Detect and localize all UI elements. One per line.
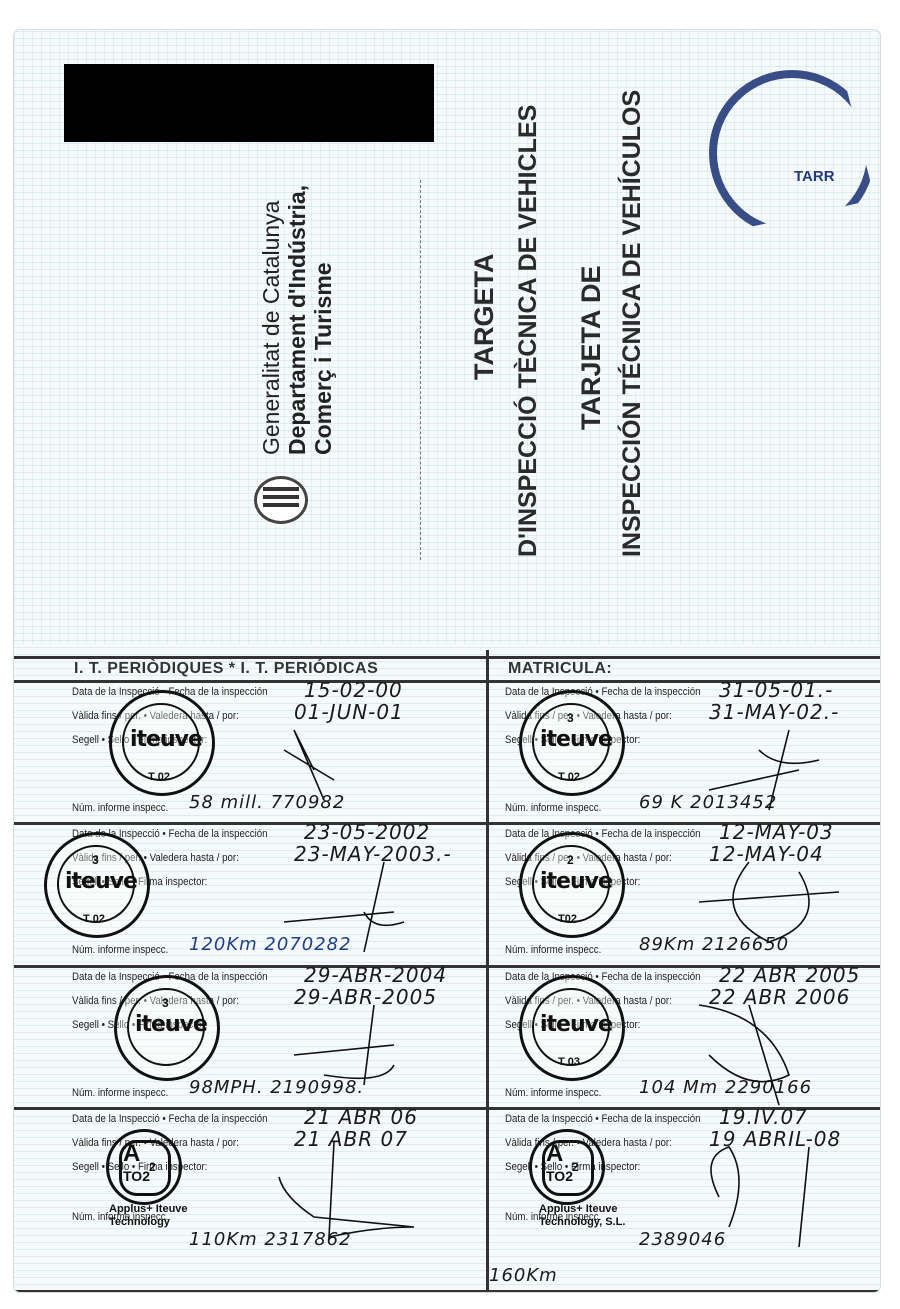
inspector-signature [274, 710, 434, 820]
iteuve-seal-stamp: iteuveT 03 [519, 975, 625, 1081]
seal-logo: iteuve [540, 1012, 612, 1037]
seal-code: TO2 [123, 1168, 150, 1184]
inspection-cell: Data de la Inspecció • Fecha de la inspe… [489, 965, 880, 1107]
title-es-line2: INSPECCIÓN TÉCNICA DE VEHÍCULOS [618, 90, 647, 557]
seal-number: 2 [567, 853, 574, 867]
inspector-signature [689, 995, 849, 1105]
seal-number: 3 [162, 996, 169, 1010]
handwritten-date: 23-05-2002 [304, 820, 430, 844]
iteuve-seal-stamp: 3iteuveT 02 [44, 832, 150, 938]
generalitat-emblem-icon [254, 476, 308, 524]
seal-logo: iteuve [130, 727, 202, 752]
handwritten-date: 31-05-01.- [719, 678, 833, 702]
inspection-cell: Data de la Inspecció • Fecha de la inspe… [14, 680, 486, 822]
title-ca-line1: TARGETA [469, 254, 500, 380]
seal-letter: A [123, 1140, 140, 1168]
applus-seal-stamp: A2TO2 [106, 1129, 182, 1205]
grid-line [14, 656, 880, 659]
label-report: Núm. informe inspecc. [72, 944, 168, 956]
handwritten-date: 15-02-00 [304, 678, 403, 702]
label-date: Data de la Inspecció • Fecha de la inspe… [72, 1113, 267, 1125]
redacted-block [64, 64, 434, 142]
issuer-line2: Departament d'Indústria, [284, 185, 311, 455]
label-report: Núm. informe inspecc. [72, 1087, 168, 1099]
inspection-cell: Data de la Inspecció • Fecha de la inspe… [14, 965, 486, 1107]
title-es-line1: TARJETA DE [576, 265, 607, 430]
inspector-signature [689, 1137, 849, 1247]
label-date: Data de la Inspecció • Fecha de la inspe… [505, 971, 700, 983]
inspector-signature [689, 710, 849, 820]
inspection-card: Generalitat de Catalunya Departament d'I… [14, 30, 880, 1292]
seal-logo: iteuve [65, 869, 137, 894]
handwritten-date: 29-ABR-2004 [304, 963, 447, 987]
label-report: Núm. informe inspecc. [505, 1087, 601, 1099]
seal-logo: iteuve [540, 869, 612, 894]
iteuve-seal-stamp: 3iteuveT 02 [519, 690, 625, 796]
periodic-title: I. T. PERIÒDIQUES * I. T. PERIÓDICAS [74, 660, 378, 678]
seal-company: Applus+ Iteuve [539, 1203, 618, 1215]
seal-code: T02 [558, 913, 577, 925]
handwritten-date: 21 ABR 06 [304, 1105, 418, 1129]
label-report: Núm. informe inspecc. [72, 802, 168, 814]
inspection-cell: Data de la Inspecció • Fecha de la inspe… [489, 1107, 880, 1290]
seal-number: 2 [572, 1160, 579, 1174]
iteuve-seal-stamp: 3iteuve [114, 975, 220, 1081]
iteuve-seal-stamp: iteuveT 02 [109, 690, 215, 796]
issuer-line3: Comerç i Turisme [310, 262, 337, 455]
seal-number: 3 [567, 711, 574, 725]
inspector-signature [274, 1137, 434, 1247]
plate-title: MATRICULA: [508, 660, 612, 678]
inspector-signature [689, 852, 849, 962]
fold-line [420, 180, 421, 560]
iteuve-seal-stamp: 2iteuveT02 [519, 832, 625, 938]
issuer-line1: Generalitat de Catalunya [258, 201, 285, 455]
inspector-signature [274, 852, 434, 962]
handwritten-date: 19.IV.07 [719, 1105, 808, 1129]
seal-code: T 02 [148, 771, 170, 783]
seal-code: T 02 [83, 913, 105, 925]
handwritten-date: 12-MAY-03 [719, 820, 834, 844]
seal-logo: iteuve [540, 727, 612, 752]
seal-code: TO2 [546, 1168, 573, 1184]
title-ca-line2: D'INSPECCIÓ TÈCNICA DE VEHICLES [514, 105, 543, 557]
seal-company2: Technology, S.L. [539, 1216, 625, 1228]
inspection-cell: Data de la Inspecció • Fecha de la inspe… [489, 680, 880, 822]
inspection-cell: Data de la Inspecció • Fecha de la inspe… [14, 1107, 486, 1290]
inspection-cell: Data de la Inspecció • Fecha de la inspe… [489, 822, 880, 965]
seal-logo: iteuve [135, 1012, 207, 1037]
applus-seal-stamp: A2TO2 [529, 1129, 605, 1205]
label-date: Data de la Inspecció • Fecha de la inspe… [505, 828, 700, 840]
label-date: Data de la Inspecció • Fecha de la inspe… [505, 686, 700, 698]
seal-number: 2 [149, 1160, 156, 1174]
seal-code: T 03 [558, 1056, 580, 1068]
handwritten-extra: 160Km [489, 1265, 558, 1286]
seal-company: Applus+ Iteuve [109, 1203, 188, 1215]
seal-letter: A [546, 1140, 563, 1168]
inspector-signature [274, 995, 434, 1105]
label-report: Núm. informe inspecc. [505, 802, 601, 814]
inspection-cell: Data de la Inspecció • Fecha de la inspe… [14, 822, 486, 965]
stamp-city: TARR [794, 168, 835, 185]
seal-number: 3 [92, 853, 99, 867]
seal-company2: Technology [109, 1216, 170, 1228]
handwritten-date: 22 ABR 2005 [719, 963, 860, 987]
label-report: Núm. informe inspecc. [505, 944, 601, 956]
seal-code: T 02 [558, 771, 580, 783]
label-date: Data de la Inspecció • Fecha de la inspe… [505, 1113, 700, 1125]
grid-line [14, 1290, 880, 1292]
